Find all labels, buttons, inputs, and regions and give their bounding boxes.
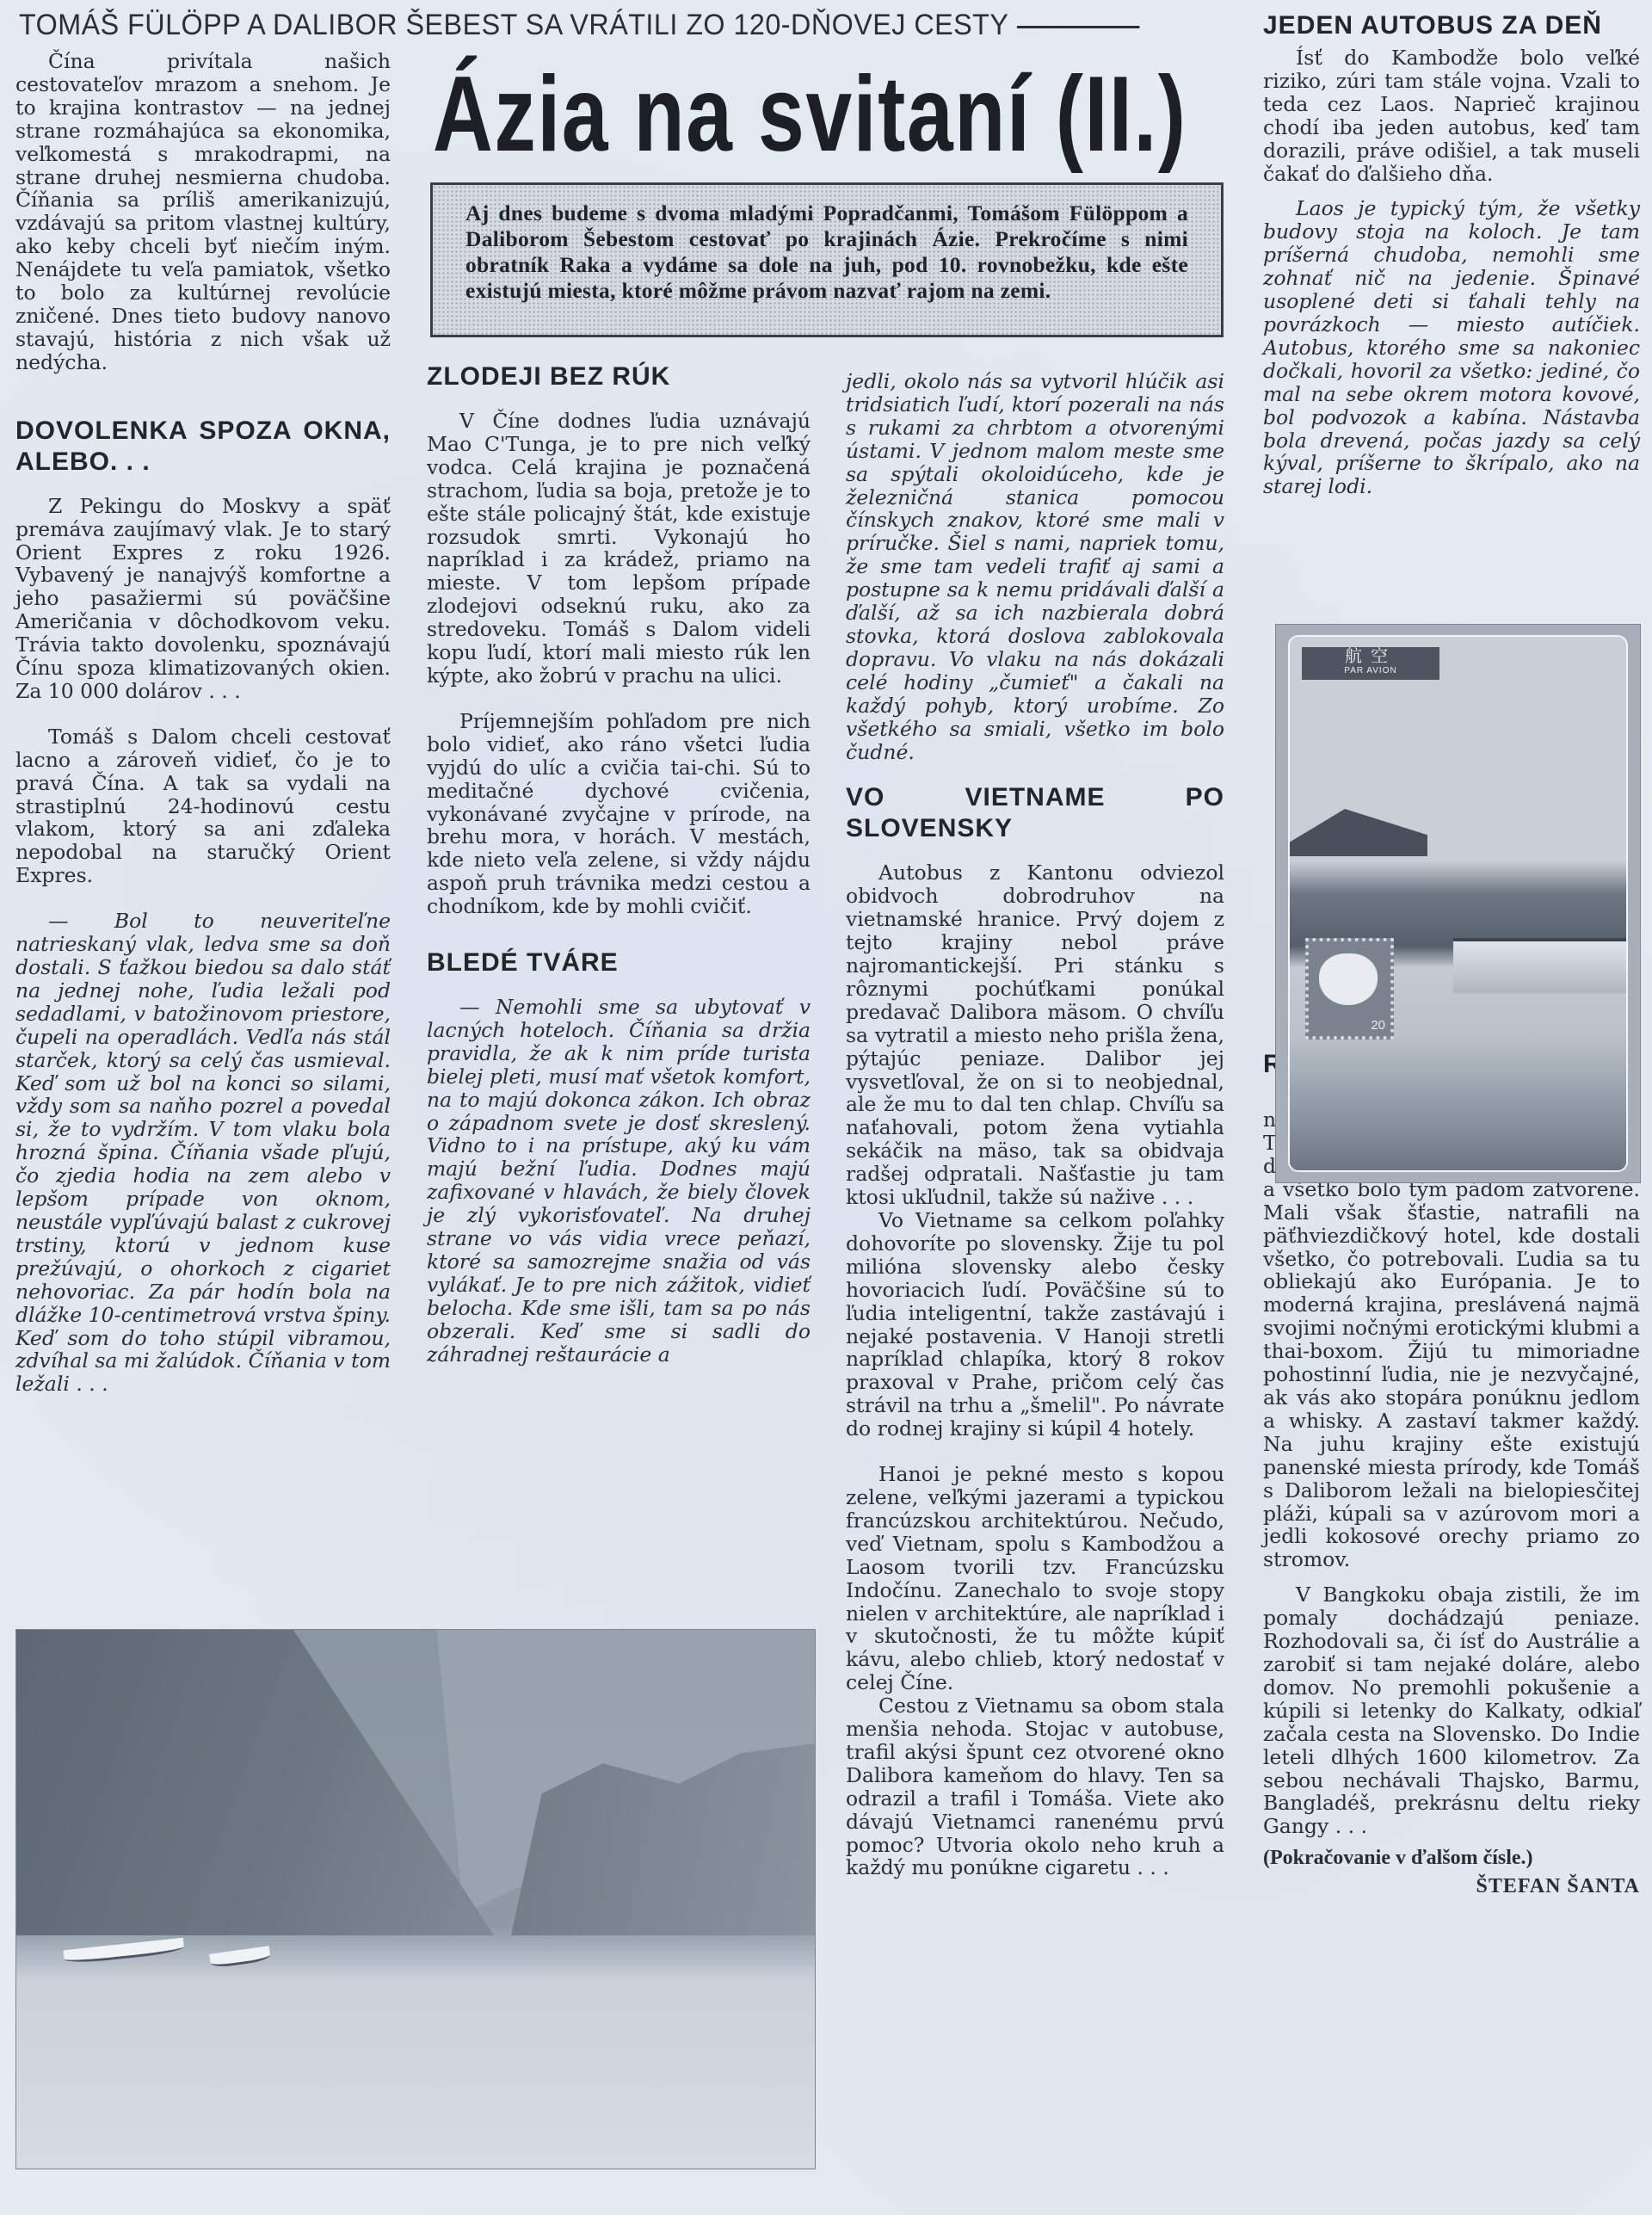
airmail-chinese-label: 航空: [1302, 647, 1439, 666]
paragraph: Tomáš s Dalom chceli cestovať lacno a zá…: [15, 725, 391, 887]
continued-note: (Pokračovanie v ďalšom čísle.): [1263, 1847, 1640, 1870]
stamp-value: 20: [1371, 1018, 1385, 1033]
article-title: Ázia na svitaní (II.): [433, 53, 1187, 176]
airmail-french-label: PAR AVION: [1302, 666, 1439, 676]
longtail-boat: [63, 1938, 184, 1965]
section-heading-dovolenka: DOVOLENKA SPOZA OKNA, ALEBO. . .: [15, 416, 391, 478]
column-3: jedli, okolo nás sa vytvoril hlúčik asi …: [846, 370, 1224, 1879]
article-kicker: TOMÁŠ FÜLÖPP A DALIBOR ŠEBEST SA VRÁTILI…: [19, 9, 1163, 42]
paragraph: Ísť do Kambodže bolo veľké riziko, zúri …: [1263, 46, 1640, 185]
longtail-boat: [209, 1946, 271, 1969]
paragraph-quote: — Bol to neuveriteľne natrieskaný vlak, …: [15, 910, 391, 1396]
airmail-postcard-photo: 航空 PAR AVION 20: [1275, 624, 1641, 1183]
paragraph-quote: jedli, okolo nás sa vytvoril hlúčik asi …: [846, 370, 1224, 763]
column-1: Čína privítala našich cestovateľov mrazo…: [15, 50, 391, 1418]
paragraph: Z Pekingu do Moskvy a späť premáva zaují…: [15, 495, 391, 703]
paragraph: Príjemnejším pohľadom pre nich bolo vidi…: [427, 710, 811, 918]
postcard-frame: 航空 PAR AVION 20: [1288, 635, 1628, 1172]
intro-box: Aj dnes budeme s dvoma mladými Popradčan…: [430, 182, 1224, 337]
paragraph: Cestou z Vietnamu sa obom stala menšia n…: [846, 1694, 1224, 1879]
left-cliff: [16, 1630, 494, 1935]
section-heading-zlodeji: ZLODEJI BEZ RÚK: [427, 361, 811, 392]
stone-bridge: [1453, 938, 1628, 993]
paragraph: V Bangkoku obaja zistili, že im pomaly d…: [1263, 1583, 1640, 1838]
paragraph-quote: Laos je typický tým, že všetky budovy st…: [1263, 197, 1640, 498]
par-avion-label: 航空 PAR AVION: [1302, 647, 1439, 680]
column-2: ZLODEJI BEZ RÚK V Číne dodnes ľudia uzná…: [427, 361, 811, 1367]
kicker-rule: [1017, 26, 1140, 28]
paragraph: Čína privítala našich cestovateľov mrazo…: [15, 50, 391, 374]
paragraph-quote: — Nemohli sme sa ubytovať v lacných hote…: [427, 996, 811, 1367]
section-heading-vietname: VO VIETNAME PO SLOVENSKY: [846, 782, 1224, 844]
pavilion-roof: [1290, 809, 1427, 856]
intro-text: Aj dnes budeme s dvoma mladými Popradčan…: [465, 201, 1188, 304]
paragraph: Hanoi je pekné mesto s kopou zelene, veľ…: [846, 1463, 1224, 1694]
paragraph: Vo Vietname sa celkom poľahky dohovoríte…: [846, 1209, 1224, 1441]
postage-stamp: 20: [1305, 938, 1394, 1040]
section-heading-jeden-autobus: JEDEN AUTOBUS ZA DEŇ: [1263, 10, 1640, 41]
newspaper-page: TOMÁŠ FÜLÖPP A DALIBOR ŠEBEST SA VRÁTILI…: [0, 0, 1652, 2215]
paragraph: V Číne dodnes ľudia uznávajú Mao C'Tunga…: [427, 410, 811, 688]
bay-photo: [15, 1629, 816, 2169]
kicker-text: TOMÁŠ FÜLÖPP A DALIBOR ŠEBEST SA VRÁTILI…: [19, 9, 1008, 41]
author-byline: ŠTEFAN ŠANTA: [1263, 1875, 1640, 1898]
paragraph: Autobus z Kantonu odviezol obidvoch dobr…: [846, 861, 1224, 1209]
stamp-emblem-icon: [1319, 953, 1378, 1005]
section-heading-blede: BLEDÉ TVÁRE: [427, 947, 811, 978]
